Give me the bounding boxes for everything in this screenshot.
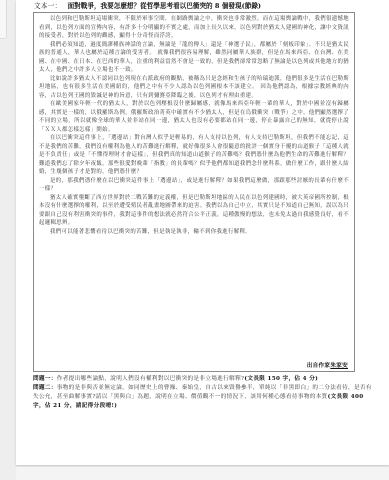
article-paragraph: 比如說許多猶太人不認同以色列現在右派政府的觀點，被稱為只是念經和生孩子的哈瑞迪派… (39, 75, 349, 101)
source-author: 朱家安 (330, 363, 348, 369)
article-heading: 面對戰爭，我要怎麼想？從哲學思考看以巴衝突的 8 個發現(節錄) (68, 2, 261, 10)
document-page: 文本一：面對戰爭，我要怎麼想？從哲學思考看以巴衝突的 8 個發現(節錄) 以色列… (16, 0, 389, 465)
article-paragraph: 猶太人確實壟斷了西方世界對於二戰苦難的定義權，但是巴勒斯坦地區的人民在以色列建國… (39, 194, 349, 228)
article-paragraph: 我們必須知道，過度簡謬種族神話的言論，無論是「龍的傳人」還是「神選子民」，都屬於… (39, 41, 349, 75)
article-paragraph: 是的，那我們憑什麼在以巴衝突這件事上「選邊站」，或是進行解釋？如果我們這麼做，那… (39, 177, 349, 194)
article-paragraph: 在以巴衝突這件事上，「選邊站」對台灣人似乎是輕易的，有人支持以色列，有人支持巴勒… (39, 134, 349, 177)
question-label: 問題一： (33, 376, 57, 382)
question-text: 事物的是非與否並無定論，如同歷史上的曹操、秦始皇，自古以來毀譽參半，單純以「非黑… (33, 385, 372, 400)
questions-section: 問題一：作者提出哪些論點，說明人們沒有權利對以巴衝突的是非立場進行解釋?(文長限… (33, 375, 373, 411)
question-2: 問題二：事物的是非與否並無定論，如同歷史上的曹操、秦始皇，自古以來毀譽參半，單純… (33, 384, 373, 411)
document-title: 文本一：面對戰爭，我要怎麼想？從哲學思考看以巴衝突的 8 個發現(節錄) (34, 2, 354, 11)
article-paragraph: 我們可以能著悲憫看待以巴衝突的苦難，但是執是執非，輪不到你我進行解釋。 (39, 228, 349, 237)
article-box: 以色列和巴勒斯坦這場衝突，不限於軍事空間，在網路輿論之中，衝突也非常激烈。而在這… (33, 12, 355, 372)
sidebar-panel-edge[interactable] (0, 0, 7, 39)
article-paragraph: 以色列和巴勒斯坦這場衝突，不限於軍事空間，在網路輿論之中，衝突也非常激烈。而在這… (39, 15, 349, 41)
next-page-edge (16, 466, 389, 480)
question-requirement: (文長限 150 字，佔 4 分) (244, 376, 318, 382)
question-1: 問題一：作者提出哪些論點，說明人們沒有權利對以巴衝突的是非立場進行解釋?(文長限… (33, 375, 373, 384)
question-text: 作者提出哪些論點，說明人們沒有權利對以巴衝突的是非立場進行解釋? (57, 376, 245, 382)
question-label: 問題二： (33, 385, 57, 391)
text-label: 文本一： (34, 2, 62, 10)
document-viewer: 文本一：面對戰爭，我要怎麼想？從哲學思考看以巴衝突的 8 個發現(節錄) 以色列… (0, 0, 389, 480)
article-paragraph: 在歐美國家年輕一代的猶太人，對於以色列壓根沒什麼歸屬感，就像馬來西亞年輕一輩的華… (39, 100, 349, 134)
source-credit: 出自作家朱家安 (307, 361, 348, 369)
source-prefix: 出自作家 (307, 363, 331, 369)
